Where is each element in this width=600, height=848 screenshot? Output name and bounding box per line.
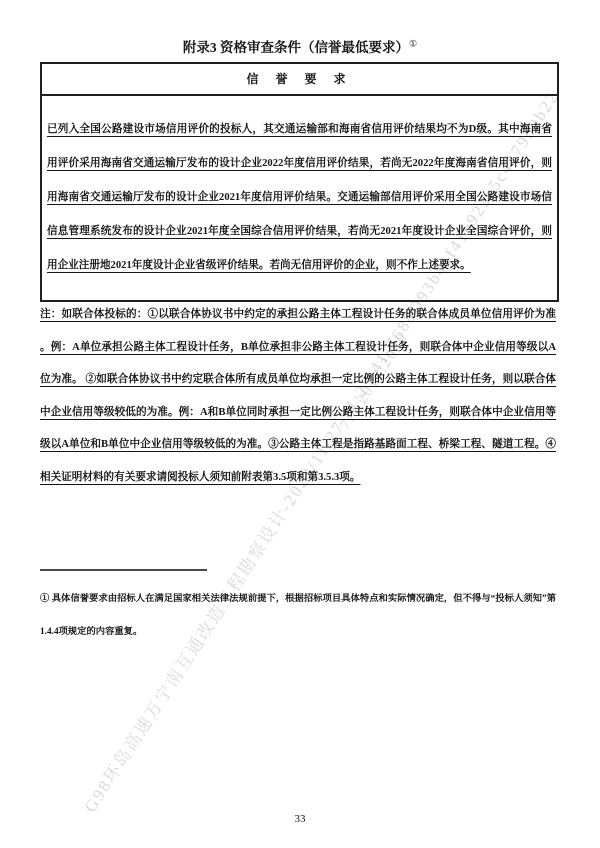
text-line: 1.4.4项规定的内容重复。 bbox=[40, 617, 556, 650]
page-number: 33 bbox=[0, 813, 600, 825]
text-line: 已列入全国公路建设市场信用评价的投标人，其交通运输部和海南省信用评价结果均不为D… bbox=[47, 115, 552, 149]
credit-requirement-table: 信 誉 要 求 已列入全国公路建设市场信用评价的投标人，其交通运输部和海南省信用… bbox=[40, 62, 559, 302]
table-header-credit-requirement: 信 誉 要 求 bbox=[42, 64, 557, 96]
footnote-paragraph: ① 具体信誉要求由招标人在满足国家相关法律法规前提下，根据招标项目具体特点和实际… bbox=[40, 584, 556, 650]
text-line: 级以A单位和B单位中企业信用等级较低的为准。③公路主体工程是指路基路面工程、桥梁… bbox=[40, 430, 556, 463]
document-page: G98环岛高速万宁南互通改造工程勘察设计-2023/11/27 11:25:41… bbox=[0, 0, 600, 848]
text-line: 位为准。 ②如联合体协议书中约定联合体所有成员单位均承担一定比例的公路主体工程设… bbox=[40, 365, 556, 398]
text-line: 用海南省交通运输厅发布的设计企业2021年度信用评价结果。交通运输部信用评价采用… bbox=[47, 183, 552, 217]
page-title-text: 附录3 资格审查条件（信誉最低要求） bbox=[183, 40, 409, 55]
note-paragraph: 注：如联合体投标的：①以联合体协议书中约定的承担公路主体工程设计任务的联合体成员… bbox=[40, 300, 556, 496]
text-line: 中企业信用等级较低的为准。例：A和B单位同时承担一定比例公路主体工程设计任务，则… bbox=[40, 398, 556, 431]
text-line: 用企业注册地2021年度设计企业省级评价结果。若尚无信用评价的企业，则不作上述要… bbox=[47, 251, 552, 285]
footnote-divider bbox=[40, 569, 207, 571]
text-line: 注：如联合体投标的：①以联合体协议书中约定的承担公路主体工程设计任务的联合体成员… bbox=[40, 300, 556, 333]
text-line: 用评价采用海南省交通运输厅发布的设计企业2022年度信用评价结果，若尚无2022… bbox=[47, 149, 552, 183]
page-content: 附录3 资格审查条件（信誉最低要求）① 信 誉 要 求 已列入全国公路建设市场信… bbox=[0, 0, 600, 848]
text-line: 相关证明材料的有关要求请阅投标人须知前附表第3.5项和第3.5.3项。 bbox=[40, 463, 556, 496]
text-line: ① 具体信誉要求由招标人在满足国家相关法律法规前提下，根据招标项目具体特点和实际… bbox=[40, 584, 556, 617]
text-line: 。例：A单位承担公路主体工程设计任务，B单位承担非公路主体工程设计任务，则联合体… bbox=[40, 333, 556, 366]
page-title: 附录3 资格审查条件（信誉最低要求）① bbox=[0, 36, 600, 56]
title-footnote-marker: ① bbox=[409, 39, 417, 49]
table-body-credit-requirement: 已列入全国公路建设市场信用评价的投标人，其交通运输部和海南省信用评价结果均不为D… bbox=[42, 96, 557, 285]
text-line: 信息管理系统发布的设计企业2021年度全国综合信用评价结果，若尚无2021年度设… bbox=[47, 217, 552, 251]
